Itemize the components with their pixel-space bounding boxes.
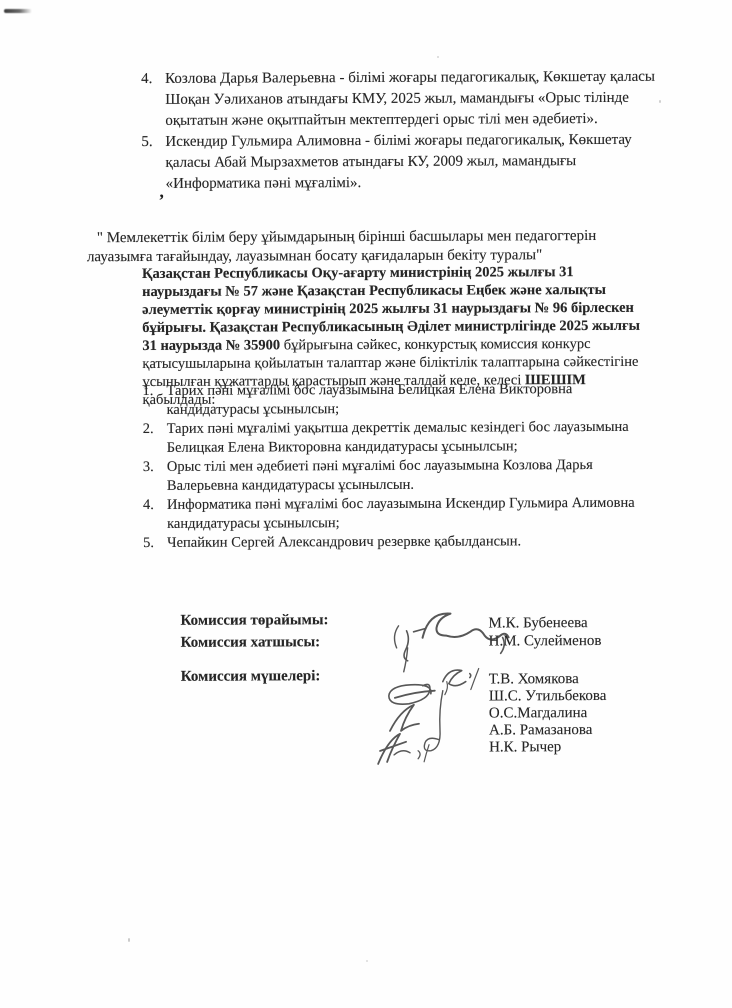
decision-item: 4. Информатика пәні мұғалімі бос лауазым…	[143, 494, 657, 533]
rules-title-paragraph: " Мемлекеттік білім беру ұйымдарының бір…	[87, 227, 659, 267]
decision-item-text: Тарих пәні мұғалімі уақытша декреттік де…	[167, 418, 657, 457]
decision-item-number: 4.	[143, 496, 167, 533]
decision-item-number: 2.	[143, 420, 167, 457]
decision-item-number: 1.	[142, 382, 166, 419]
decision-item: 5. Чепайкин Сергей Александрович резервк…	[143, 532, 657, 553]
list-item: 4. Козлова Дарья Валерьевна - білімі жоғ…	[141, 67, 657, 132]
decision-item-number: 3.	[143, 458, 167, 495]
decision-item: 1. Тарих пәні мұғалімі бос лауазымына Бе…	[142, 380, 656, 419]
decision-list: 1. Тарих пәні мұғалімі бос лауазымына Бе…	[142, 380, 657, 554]
candidate-list: 4. Козлова Дарья Валерьевна - білімі жоғ…	[141, 67, 658, 195]
decision-item: 3. Орыс тілі мен әдебиеті пәні мұғалімі …	[143, 456, 657, 495]
handwritten-signatures-ink	[360, 597, 541, 783]
list-item: 5. Искендир Гульмира Алимовна - білімі ж…	[141, 130, 657, 195]
stray-ink-mark: ’	[159, 191, 165, 211]
decision-item: 2. Тарих пәні мұғалімі уақытша декреттік…	[143, 418, 657, 457]
decision-item-text: Информатика пәні мұғалімі бос лауазымына…	[167, 494, 657, 533]
decision-item-text: Тарих пәні мұғалімі бос лауазымына Белиц…	[166, 380, 656, 419]
decision-item-text: Чепайкин Сергей Александрович резервке қ…	[167, 532, 657, 553]
decision-item-text: Орыс тілі мен әдебиеті пәні мұғалімі бос…	[167, 456, 657, 495]
decision-item-number: 5.	[143, 534, 167, 553]
commission-secretary-label: Комиссия хатшысы:	[181, 634, 321, 652]
commission-chair-label: Комиссия төрайымы:	[180, 612, 328, 630]
list-item-text: Искендир Гульмира Алимовна - білімі жоға…	[165, 130, 657, 195]
list-item-number: 4.	[141, 69, 165, 132]
list-item-text: Козлова Дарья Валерьевна - білімі жоғары…	[165, 67, 657, 132]
commission-members-label: Комиссия мүшелері:	[181, 668, 321, 686]
scanned-document-page: 4. Козлова Дарья Валерьевна - білімі жоғ…	[0, 0, 732, 1008]
list-item-number: 5.	[141, 132, 165, 195]
